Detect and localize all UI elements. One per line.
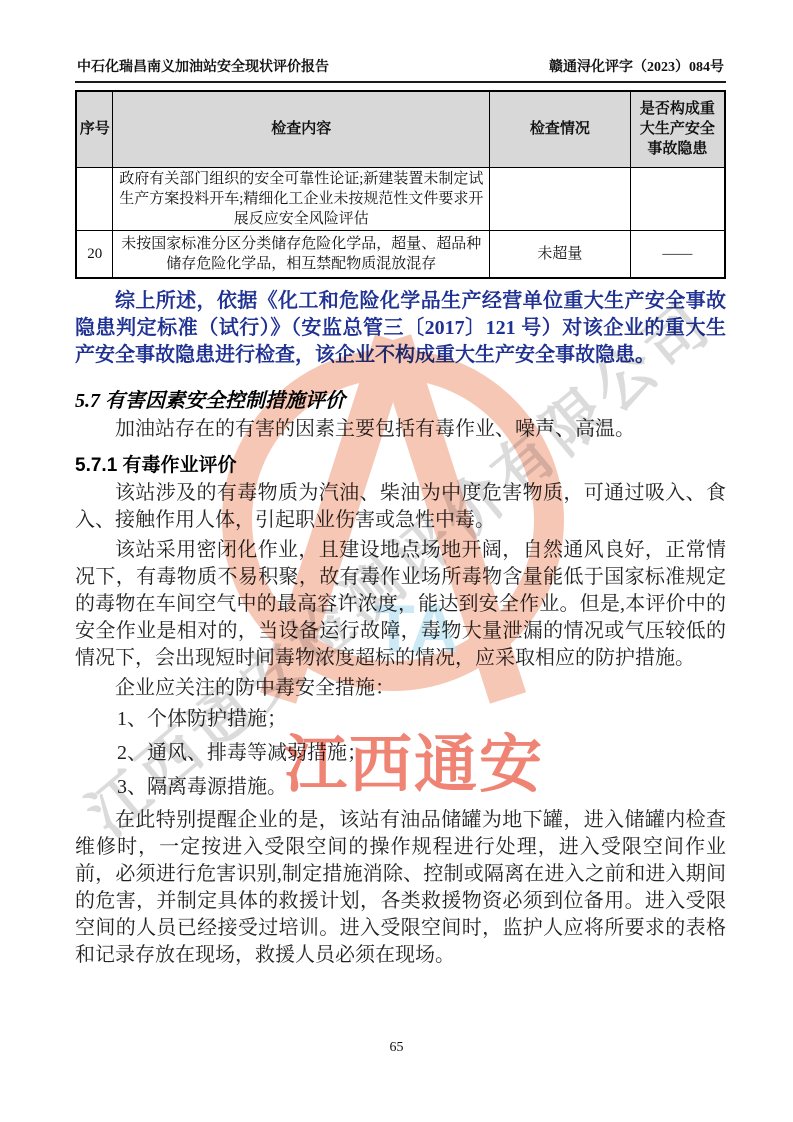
inspection-table: 序号 检查内容 检查情况 是否构成重大生产安全事故隐患 政府有关部门组织的安全可… — [75, 90, 726, 279]
page-number: 65 — [0, 1040, 793, 1056]
paragraph-harmful-factors: 加油站存在的有害的因素主要包括有毒作业、噪声、高温。 — [75, 416, 726, 443]
paragraph-toxic-substances: 该站涉及的有毒物质为汽油、柴油为中度危害物质，可通过吸入、食入、接触作用人体，引… — [75, 480, 726, 534]
table-header-row: 序号 检查内容 检查情况 是否构成重大生产安全事故隐患 — [76, 91, 725, 167]
cell-status — [490, 167, 631, 230]
column-header-status: 检查情况 — [490, 91, 631, 167]
cell-content: 未按国家标准分区分类储存危险化学品，超量、超品种储存危险化学品，相互禁配物质混放… — [113, 230, 490, 278]
section-heading-5-7-1: 5.7.1 有毒作业评价 — [75, 450, 726, 477]
column-header-no: 序号 — [76, 91, 113, 167]
cell-content: 政府有关部门组织的安全可靠性论证;新建装置未制定试生产方案投料开车;精细化工企业… — [113, 167, 490, 230]
header-report-title: 中石化瑞昌南义加油站安全现状评价报告 — [77, 56, 329, 76]
cell-hazard — [630, 167, 725, 230]
list-item-1: 1、个体防护措施； — [75, 702, 726, 736]
cell-status: 未超量 — [490, 230, 631, 278]
cell-hazard: —— — [630, 230, 725, 278]
page-header: 中石化瑞昌南义加油站安全现状评价报告 赣通浔化评字（2023）084号 — [75, 56, 726, 83]
header-doc-number: 赣通浔化评字（2023）084号 — [549, 56, 724, 76]
cell-no: 20 — [76, 230, 113, 278]
table-row: 20 未按国家标准分区分类储存危险化学品，超量、超品种储存危险化学品，相互禁配物… — [76, 230, 725, 278]
paragraph-measures-intro: 企业应关注的防中毒安全措施： — [75, 675, 726, 702]
section-heading-5-7: 5.7 有害因素安全控制措施评价 — [75, 384, 726, 413]
page-content: 中石化瑞昌南义加油站安全现状评价报告 赣通浔化评字（2023）084号 序号 检… — [75, 56, 726, 969]
document-page: 中石化瑞昌南义加油站安全现状评价报告 赣通浔化评字（2023）084号 序号 检… — [0, 0, 793, 1122]
list-item-2: 2、通风、排毒等减弱措施； — [75, 736, 726, 770]
summary-paragraph: 综上所述，依据《化工和危险化学品生产经营单位重大生产安全事故隐患判定标准（试行）… — [75, 288, 726, 369]
paragraph-closed-operation: 该站采用密闭化作业，且建设地点场地开阔，自然通风良好，正常情况下，有毒物质不易积… — [75, 537, 726, 672]
list-item-3: 3、隔离毒源措施。 — [75, 770, 726, 804]
column-header-content: 检查内容 — [113, 91, 490, 167]
column-header-hazard: 是否构成重大生产安全事故隐患 — [630, 91, 725, 167]
cell-no — [76, 167, 113, 230]
paragraph-confined-space: 在此特别提醒企业的是，该站有油品储罐为地下罐，进入储罐内检查维修时，一定按进入受… — [75, 807, 726, 969]
table-row: 政府有关部门组织的安全可靠性论证;新建装置未制定试生产方案投料开车;精细化工企业… — [76, 167, 725, 230]
